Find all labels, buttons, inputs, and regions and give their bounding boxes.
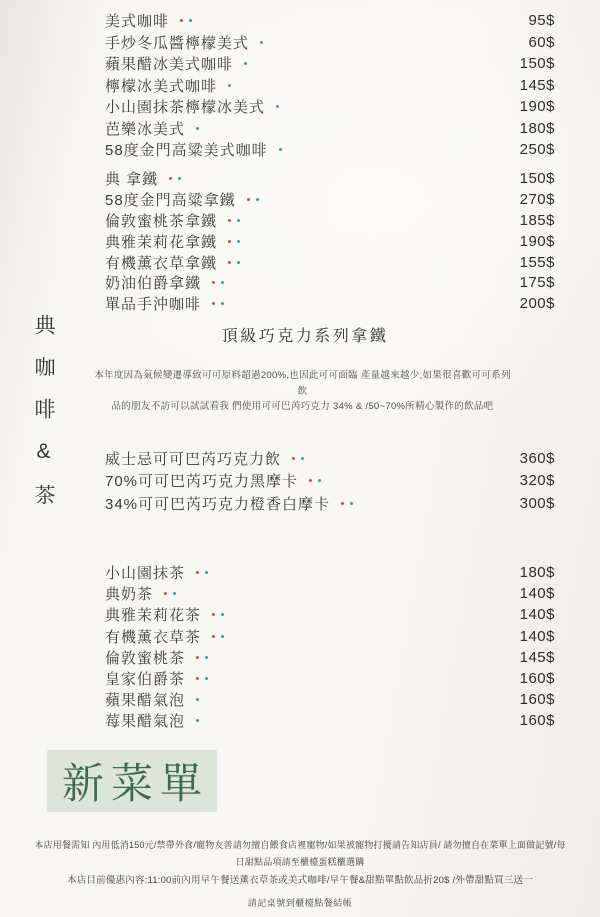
menu-item-row: 有機薰衣草拿鐵155$ <box>105 252 555 273</box>
marker-dot-teal <box>350 502 353 505</box>
menu-item-price: 150$ <box>520 170 555 187</box>
marker-dot-red <box>247 198 250 201</box>
marker-dot-teal <box>196 719 199 722</box>
menu-item-row: 有機薰衣草茶140$ <box>105 626 555 647</box>
marker-dot-red <box>228 219 231 222</box>
menu-item-price: 190$ <box>520 98 555 115</box>
menu-section-latte: 典 拿鐵150$58度金門高粱拿鐵270$倫敦蜜桃茶拿鐵185$典雅茉莉花拿鐵1… <box>105 168 555 314</box>
menu-item-row: 58度金門高粱拿鐵270$ <box>105 189 555 210</box>
menu-item-name: 有機薰衣草拿鐵 <box>105 252 240 273</box>
menu-item-name: 芭樂冰美式 <box>105 118 199 139</box>
marker-dot-teal <box>256 198 259 201</box>
menu-page: 典咖啡&茶 美式咖啡95$手炒冬瓜醬檸檬美式60$蘋果醋冰美式咖啡150$檸檬冰… <box>0 0 600 917</box>
marker-dot-teal <box>228 84 231 87</box>
marker-dot-teal <box>196 698 199 701</box>
menu-section-tea: 小山園抹茶180$典奶茶140$典雅茉莉花茶140$有機薰衣草茶140$倫敦蜜桃… <box>105 562 555 732</box>
menu-item-name: 34%可可巴芮巧克力橙香白摩卡 <box>105 493 353 514</box>
marker-dot-red <box>212 613 215 616</box>
marker-dot-red <box>196 656 199 659</box>
marker-dot-red <box>180 19 183 22</box>
menu-item-name: 莓果醋氣泡 <box>105 710 199 731</box>
chocolate-series-description: 本年度因為氣候變遷導致可可原料超過200%,也因此可可面臨 產量越來越少,如果很… <box>90 368 515 415</box>
marker-dot-red <box>309 479 312 482</box>
menu-item-name: 美式咖啡 <box>105 10 192 31</box>
menu-item-row: 典雅茉莉花拿鐵190$ <box>105 231 555 252</box>
menu-item-row: 美式咖啡95$ <box>105 10 555 32</box>
menu-item-row: 蘋果醋氣泡160$ <box>105 689 555 710</box>
menu-item-row: 檸檬冰美式咖啡145$ <box>105 75 555 97</box>
marker-dot-red <box>292 457 295 460</box>
menu-item-row: 倫敦蜜桃茶145$ <box>105 647 555 668</box>
menu-item-name: 小山園抹茶檸檬冰美式 <box>105 96 279 117</box>
menu-item-price: 320$ <box>520 472 555 489</box>
marker-dot-red <box>228 261 231 264</box>
marker-dot-teal <box>237 219 240 222</box>
menu-item-price: 145$ <box>520 649 555 666</box>
chocolate-description-line1: 本年度因為氣候變遷導致可可原料超過200%,也因此可可面臨 產量越來越少,如果很… <box>90 368 515 399</box>
menu-item-price: 180$ <box>520 120 555 137</box>
marker-dot-red <box>212 281 215 284</box>
menu-item-row: 典 拿鐵150$ <box>105 168 555 189</box>
menu-item-name: 典奶茶 <box>105 583 176 604</box>
new-menu-badge: 新菜單 <box>47 750 217 812</box>
marker-dot-red <box>212 635 215 638</box>
menu-item-price: 200$ <box>520 295 555 312</box>
menu-item-row: 芭樂冰美式180$ <box>105 118 555 140</box>
menu-item-row: 小山園抹茶180$ <box>105 562 555 583</box>
marker-dot-teal <box>221 281 224 284</box>
marker-dot-teal <box>318 479 321 482</box>
menu-item-price: 155$ <box>520 254 555 271</box>
menu-item-row: 70%可可巴芮巧克力黑摩卡320$ <box>105 470 555 493</box>
marker-dot-teal <box>205 571 208 574</box>
marker-dot-teal <box>221 302 224 305</box>
menu-item-row: 典奶茶140$ <box>105 583 555 604</box>
marker-dot-teal <box>221 613 224 616</box>
marker-dot-teal <box>196 127 199 130</box>
menu-item-row: 小山園抹茶檸檬冰美式190$ <box>105 96 555 118</box>
menu-item-row: 威士忌可可巴芮巧克力飲360$ <box>105 447 555 470</box>
menu-item-price: 175$ <box>520 274 555 291</box>
menu-item-price: 145$ <box>520 77 555 94</box>
menu-item-name: 皇家伯爵茶 <box>105 668 208 689</box>
marker-dot-teal <box>205 677 208 680</box>
menu-item-name: 小山園抹茶 <box>105 562 208 583</box>
menu-item-price: 150$ <box>520 55 555 72</box>
menu-item-row: 皇家伯爵茶160$ <box>105 668 555 689</box>
marker-dot-teal <box>221 635 224 638</box>
marker-dot-teal <box>237 240 240 243</box>
menu-item-row: 典雅茉莉花茶140$ <box>105 604 555 625</box>
menu-item-price: 185$ <box>520 212 555 229</box>
menu-item-row: 34%可可巴芮巧克力橙香白摩卡300$ <box>105 492 555 515</box>
menu-item-row: 倫敦蜜桃茶拿鐵185$ <box>105 210 555 231</box>
menu-item-name: 70%可可巴芮巧克力黑摩卡 <box>105 470 321 491</box>
promotion-text: 本店目前優惠內容:11:00前內用早午餐送薰衣草茶或美式咖啡/早午餐&甜點單點飲… <box>30 872 570 886</box>
marker-dot-red <box>196 677 199 680</box>
menu-item-row: 手炒冬瓜醬檸檬美式60$ <box>105 32 555 54</box>
menu-item-name: 威士忌可可巴芮巧克力飲 <box>105 448 304 469</box>
marker-dot-teal <box>189 19 192 22</box>
menu-item-price: 300$ <box>520 495 555 512</box>
menu-item-row: 蘋果醋冰美式咖啡150$ <box>105 53 555 75</box>
marker-dot-red <box>212 302 215 305</box>
menu-item-name: 有機薰衣草茶 <box>105 626 224 647</box>
menu-item-price: 180$ <box>520 564 555 581</box>
menu-item-name: 蘋果醋冰美式咖啡 <box>105 53 247 74</box>
order-instruction-text: 請記桌號到櫃檯點餐結帳 <box>30 896 570 909</box>
menu-item-price: 270$ <box>520 191 555 208</box>
menu-item-price: 95$ <box>528 12 555 29</box>
chocolate-series-heading: 頂級巧克力系列拿鐵 <box>0 323 600 346</box>
menu-item-name: 蘋果醋氣泡 <box>105 689 199 710</box>
menu-item-price: 160$ <box>520 691 555 708</box>
marker-dot-teal <box>279 148 282 151</box>
menu-item-price: 360$ <box>520 450 555 467</box>
menu-section-chocolate: 威士忌可可巴芮巧克力飲360$70%可可巴芮巧克力黑摩卡320$34%可可巴芮巧… <box>105 447 555 515</box>
marker-dot-red <box>228 240 231 243</box>
menu-item-row: 莓果醋氣泡160$ <box>105 710 555 731</box>
menu-item-row: 58度金門高粱美式咖啡250$ <box>105 139 555 161</box>
chocolate-description-line2: 品的朋友不訪可以試試看我 們使用可可巴芮巧克力 34% & /50~70%所精心… <box>90 399 515 415</box>
menu-item-name: 手炒冬瓜醬檸檬美式 <box>105 32 263 53</box>
dining-notice-text: 本店用餐需知 內用低消150元/禁帶外食/寵物友善請勿擅自餵食店裡寵物/如果被寵… <box>30 837 570 870</box>
menu-item-price: 140$ <box>520 585 555 602</box>
marker-dot-teal <box>244 62 247 65</box>
menu-section-americano: 美式咖啡95$手炒冬瓜醬檸檬美式60$蘋果醋冰美式咖啡150$檸檬冰美式咖啡14… <box>105 10 555 161</box>
menu-item-name: 典雅茉莉花拿鐵 <box>105 231 240 252</box>
menu-item-row: 單品手沖咖啡200$ <box>105 293 555 314</box>
marker-dot-teal <box>276 105 279 108</box>
marker-dot-teal <box>173 592 176 595</box>
menu-item-price: 190$ <box>520 233 555 250</box>
marker-dot-red <box>341 502 344 505</box>
menu-item-row: 奶油伯爵拿鐵175$ <box>105 272 555 293</box>
menu-item-name: 58度金門高粱美式咖啡 <box>105 139 282 160</box>
menu-item-name: 倫敦蜜桃茶拿鐵 <box>105 210 240 231</box>
menu-item-price: 60$ <box>528 34 555 51</box>
menu-item-price: 250$ <box>520 141 555 158</box>
marker-dot-red <box>196 571 199 574</box>
menu-item-price: 140$ <box>520 628 555 645</box>
menu-item-price: 160$ <box>520 670 555 687</box>
menu-item-name: 倫敦蜜桃茶 <box>105 647 208 668</box>
marker-dot-teal <box>205 656 208 659</box>
marker-dot-teal <box>301 457 304 460</box>
menu-item-price: 140$ <box>520 606 555 623</box>
menu-item-name: 58度金門高粱拿鐵 <box>105 189 259 210</box>
menu-item-name: 典 拿鐵 <box>105 168 181 189</box>
marker-dot-red <box>164 592 167 595</box>
marker-dot-red <box>169 177 172 180</box>
marker-dot-teal <box>178 177 181 180</box>
menu-item-price: 160$ <box>520 712 555 729</box>
menu-item-name: 單品手沖咖啡 <box>105 293 224 314</box>
marker-dot-teal <box>260 41 263 44</box>
menu-item-name: 檸檬冰美式咖啡 <box>105 75 231 96</box>
menu-item-name: 奶油伯爵拿鐵 <box>105 272 224 293</box>
marker-dot-teal <box>237 261 240 264</box>
menu-item-name: 典雅茉莉花茶 <box>105 604 224 625</box>
